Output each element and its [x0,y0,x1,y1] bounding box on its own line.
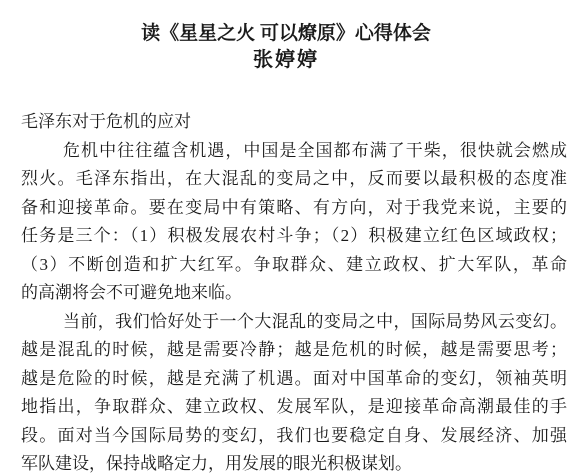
text-line: 任务是三个：（1）积极发展农村斗争；（2）积极建立红色区域政权； [21,222,567,251]
text-line: 危机中往往蕴含机遇，中国是全国都布满了干柴，很快就会燃成 [21,137,567,166]
document-content: 读《星星之火 可以燎原》心得体会 张婷婷 毛泽东对于危机的应对危机中往往蕴含机遇… [0,0,572,475]
text-line: （3）不断创造和扩大红军。争取群众、建立政权、扩大军队，革命 [21,251,567,280]
text-line: 段。面对当今国际局势的变幻，我们也要稳定自身、发展经济、加强 [21,422,567,451]
document-page: { "document": { "title": "读《星星之火 可以燎原》心得… [0,0,572,475]
text-line: 越是混乱的时候，越是需要冷静；越是危机的时候，越是需要思考； [21,336,567,365]
text-line: 的高潮将会不可避免地来临。 [21,279,567,308]
text-line: 越是危险的时候，越是充满了机遇。面对中国革命的变幻，领袖英明 [21,365,567,394]
document-body: 毛泽东对于危机的应对危机中往往蕴含机遇，中国是全国都布满了干柴，很快就会燃成烈火… [0,108,572,475]
text-line: 地指出，争取群众、建立政权、发展军队，是迎接革命高潮最佳的手 [21,393,567,422]
text-line: 当前，我们恰好处于一个大混乱的变局之中，国际局势风云变幻。 [21,308,567,337]
text-line: 烈火。毛泽东指出，在大混乱的变局之中，反而要以最积极的态度准 [21,165,567,194]
text-line: 备和迎接革命。要在变局中有策略、有方向，对于我党来说，主要的 [21,194,567,223]
document-author: 张婷婷 [0,47,572,74]
section-heading-line: 毛泽东对于危机的应对 [21,108,567,137]
text-line: 军队建设，保持战略定力，用发展的眼光积极谋划。 [21,450,567,475]
document-title: 读《星星之火 可以燎原》心得体会 [0,0,572,47]
